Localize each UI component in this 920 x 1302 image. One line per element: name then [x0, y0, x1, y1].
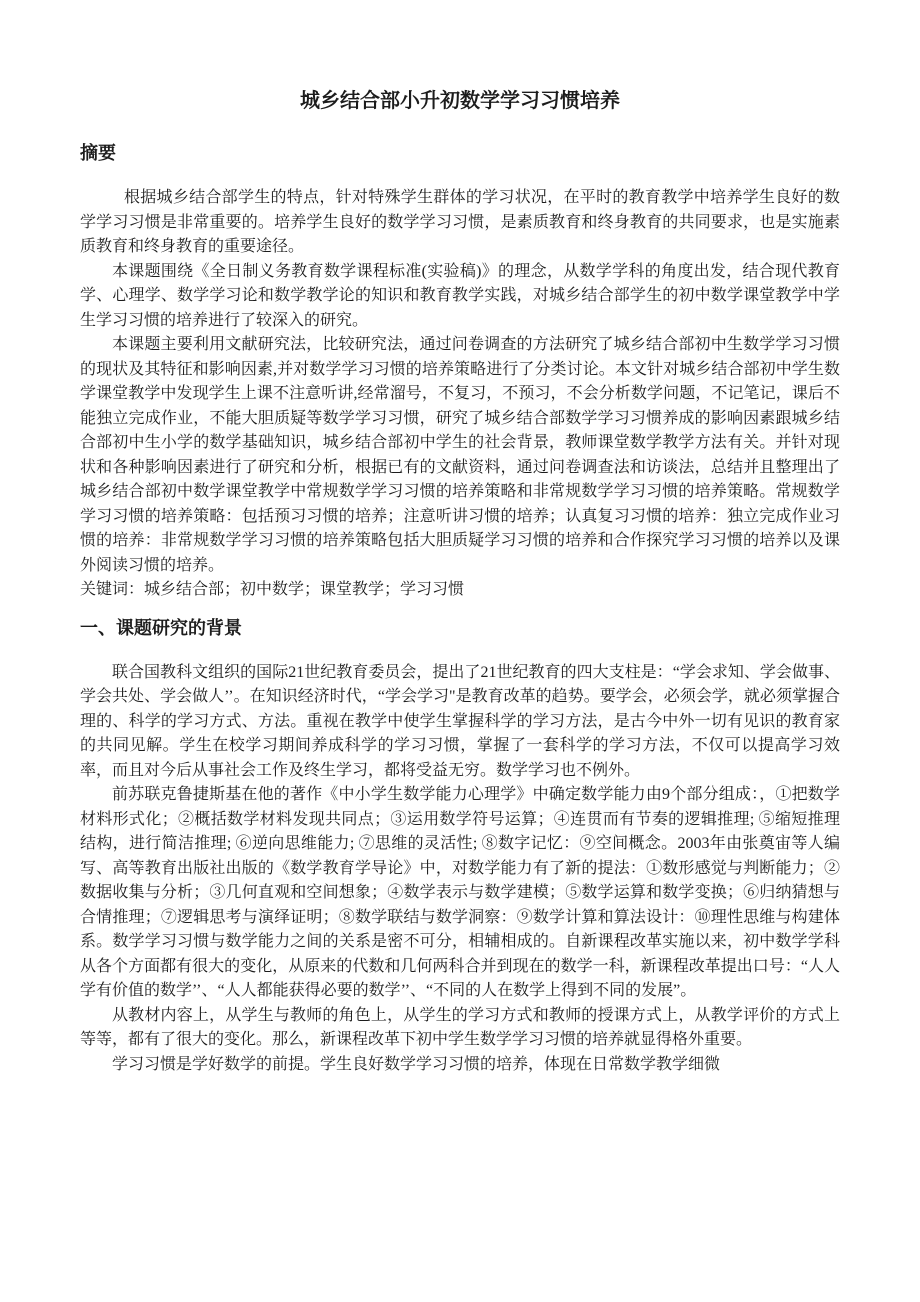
- abstract-heading: 摘要: [80, 140, 840, 166]
- section-1-paragraph-3: 从教材内容上，从学生与教师的角色上，从学生的学习方式和教师的授课方式上，从教学评…: [80, 1004, 840, 1053]
- section-1-paragraph-4: 学习习惯是学好数学的前提。学生良好数学学习习惯的培养，体现在日常数学教学细微: [80, 1053, 840, 1078]
- section-1-heading: 一、课题研究的背景: [80, 615, 840, 641]
- abstract-paragraph-2: 本课题围绕《全日制义务教育数学课程标准(实验稿)》的理念，从数学学科的角度出发，…: [80, 260, 840, 334]
- document-title: 城乡结合部小升初数学学习习惯培养: [80, 88, 840, 114]
- abstract-paragraph-3: 本课题主要利用文献研究法，比较研究法，通过问卷调查的方法研究了城乡结合部初中生数…: [80, 333, 840, 578]
- abstract-paragraph-1: 根据城乡结合部学生的特点，针对特殊学生群体的学习状况，在平时的教育教学中培养学生…: [80, 186, 840, 260]
- section-1-paragraph-1: 联合国教科文组织的国际21世纪教育委员会，提出了21世纪教育的四大支柱是：“学会…: [80, 661, 840, 784]
- section-1-paragraph-2: 前苏联克鲁捷斯基在他的著作《中小学生数学能力心理学》中确定数学能力由9个部分组成…: [80, 783, 840, 1004]
- keywords-line: 关键词：城乡结合部；初中数学；课堂教学；学习习惯: [80, 578, 840, 603]
- document-page: 城乡结合部小升初数学学习习惯培养 摘要 根据城乡结合部学生的特点，针对特殊学生群…: [0, 0, 920, 1302]
